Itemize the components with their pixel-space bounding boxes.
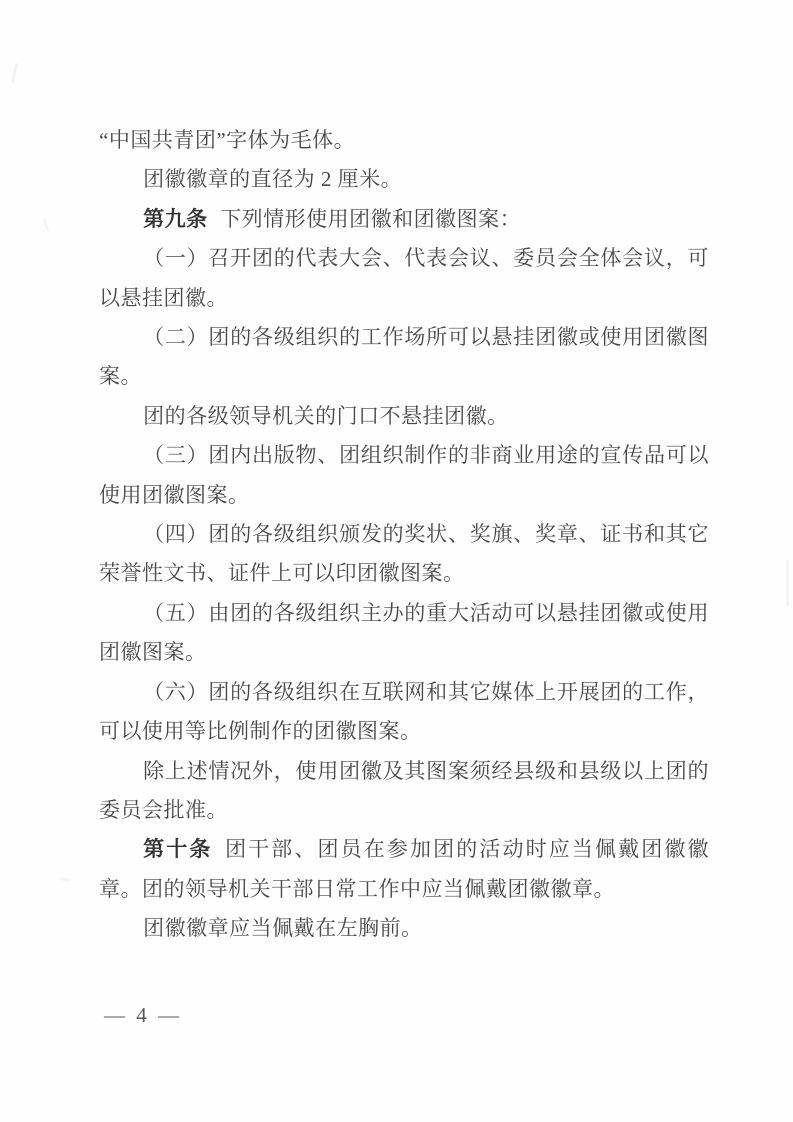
article-number-heading: 第九条 (143, 207, 208, 231)
paragraph-text: （二）团的各级组织的工作场所可以悬挂团徽或使用团徽图案。 (99, 325, 709, 388)
scanned-document-page: “中国共青团”字体为毛体。团徽徽章的直径为 2 厘米。第九条下列情形使用团徽和团… (0, 0, 793, 1122)
article-number-heading: 第十条 (143, 837, 212, 861)
page-number: — 4 — (104, 1003, 182, 1028)
paragraph-text: （六）团的各级组织在互联网和其它媒体上开展团的工作，可以使用等比例制作的团徽图案… (99, 680, 709, 743)
paragraph: （二）团的各级组织的工作场所可以悬挂团徽或使用团徽图案。 (99, 318, 709, 397)
paragraph: 第十条团干部、团员在参加团的活动时应当佩戴团徽徽章。团的领导机关干部日常工作中应… (99, 830, 709, 909)
scan-artifact (786, 560, 789, 606)
paragraph-text: “中国共青团”字体为毛体。 (99, 128, 355, 152)
paragraph: （三）团内出版物、团组织制作的非商业用途的宣传品可以使用团徽图案。 (99, 436, 709, 515)
paragraph-text: 下列情形使用团徽和团徽图案： (220, 207, 521, 231)
paragraph: （一）召开团的代表大会、代表会议、委员会全体会议，可以悬挂团徽。 (99, 239, 709, 318)
paragraph: 团的各级领导机关的门口不悬挂团徽。 (99, 397, 709, 436)
paragraph-text: 除上述情况外，使用团徽及其图案须经县级和县级以上团的委员会批准。 (99, 759, 709, 822)
paragraph: “中国共青团”字体为毛体。 (99, 121, 709, 160)
paragraph: （五）由团的各级组织主办的重大活动可以悬挂团徽或使用团徽图案。 (99, 594, 709, 673)
paragraph-text: （三）团内出版物、团组织制作的非商业用途的宣传品可以使用团徽图案。 (99, 443, 709, 506)
scan-artifact (60, 877, 70, 881)
paragraph-text: 团的各级领导机关的门口不悬挂团徽。 (143, 404, 509, 428)
paragraph: （四）团的各级组织颁发的奖状、奖旗、奖章、证书和其它荣誉性文书、证件上可以印团徽… (99, 515, 709, 594)
paragraph: 团徽徽章的直径为 2 厘米。 (99, 160, 709, 199)
paragraph-text: （一）召开团的代表大会、代表会议、委员会全体会议，可以悬挂团徽。 (99, 246, 709, 309)
paragraph-text: （四）团的各级组织颁发的奖状、奖旗、奖章、证书和其它荣誉性文书、证件上可以印团徽… (99, 522, 709, 585)
paragraph-text: 团徽徽章的直径为 2 厘米。 (143, 167, 402, 191)
paragraph-text: （五）由团的各级组织主办的重大活动可以悬挂团徽或使用团徽图案。 (99, 601, 709, 664)
paragraph: 第九条下列情形使用团徽和团徽图案： (99, 200, 709, 239)
scan-artifact (43, 218, 50, 232)
paragraph-text: 团徽徽章应当佩戴在左胸前。 (143, 916, 423, 940)
paragraph: （六）团的各级组织在互联网和其它媒体上开展团的工作，可以使用等比例制作的团徽图案… (99, 673, 709, 752)
paragraph: 团徽徽章应当佩戴在左胸前。 (99, 909, 709, 948)
scan-artifact (11, 63, 19, 83)
paragraph: 除上述情况外，使用团徽及其图案须经县级和县级以上团的委员会批准。 (99, 752, 709, 831)
text-block: “中国共青团”字体为毛体。团徽徽章的直径为 2 厘米。第九条下列情形使用团徽和团… (99, 121, 709, 949)
